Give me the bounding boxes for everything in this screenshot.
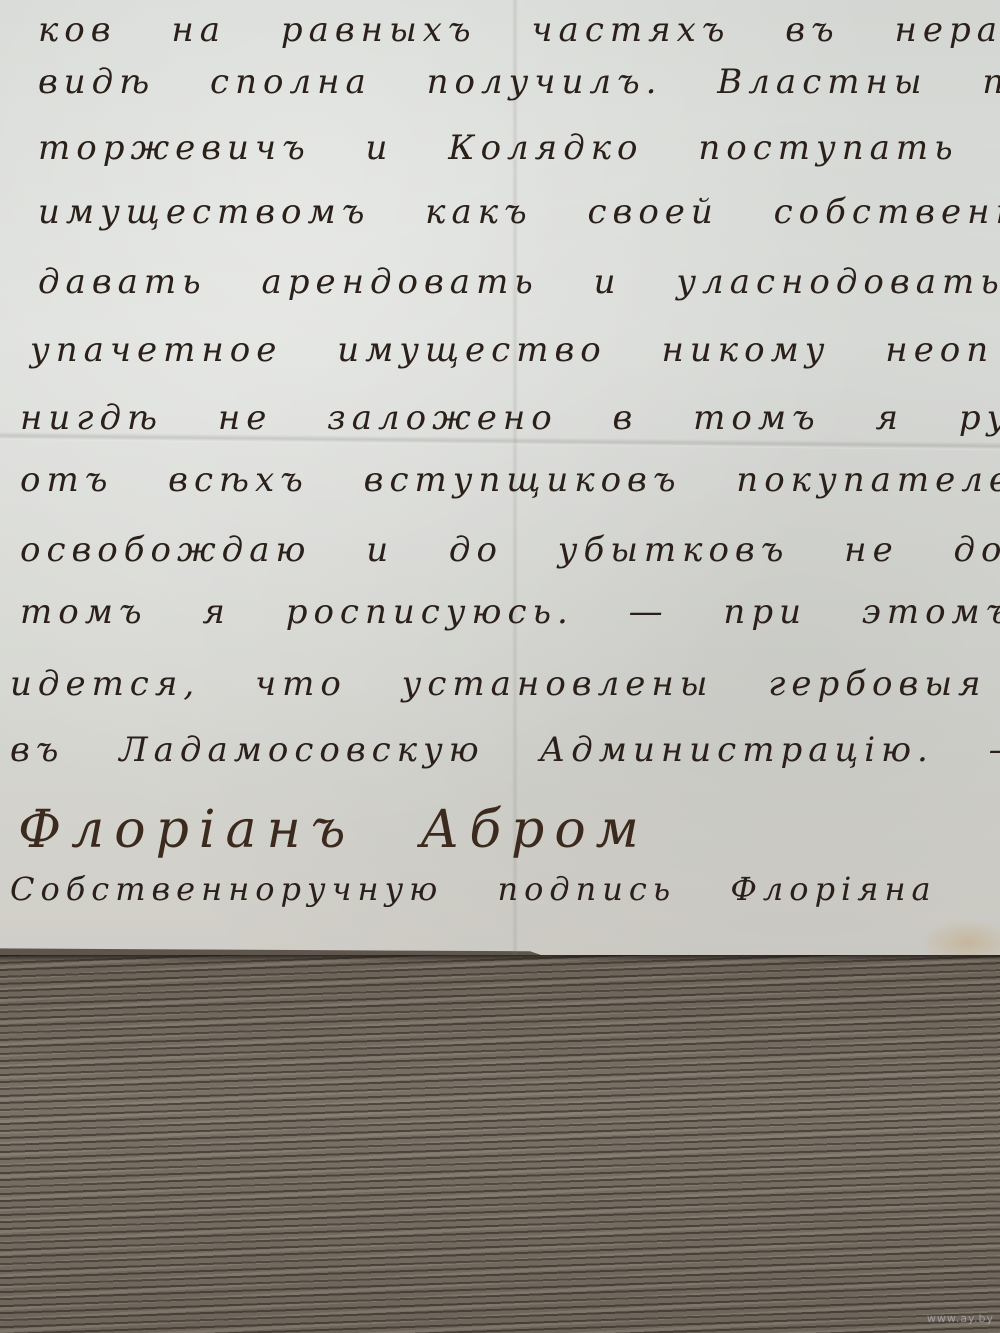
paper-shadow-edge [0,955,1000,961]
text-line-5: давать арендовать и уласнодовать и [38,262,1000,302]
text-line-10: томъ я росписуюсь. — при этомъ упом [20,592,1000,632]
text-line-11: идется, что установлены гербовыя должны [10,664,1000,704]
text-line-footer: Собственноручную подпись Флоріяна [10,870,937,908]
text-line-1: ков на равныхъ частяхъ въ нераздельн [38,10,1000,50]
paper-stain [920,920,1000,958]
text-line-7: нигдѣ не заложено в томъ я ручаюсь [20,398,1000,438]
text-line-12: въ Ладамосовскую Администрацію. — [10,730,1000,770]
text-line-3: торжевичъ и Колядко поступать онымъ [38,128,1000,168]
text-line-4: имуществомъ какъ своей собственностью [38,192,1000,232]
text-line-6: упачетное имущество никому неоп [30,330,994,370]
signature: Флоріанъ Абром [18,800,649,860]
text-line-2: видѣ сполна получилъ. Властны покуп [38,62,1000,102]
text-line-8: отъ всѣхъ вступщиковъ покупателей о [20,460,1000,500]
watermark: www.ay.by [927,1312,994,1325]
text-line-9: освобождаю и до убытковъ не допущу [20,530,1000,570]
wooden-table [0,955,1000,1333]
